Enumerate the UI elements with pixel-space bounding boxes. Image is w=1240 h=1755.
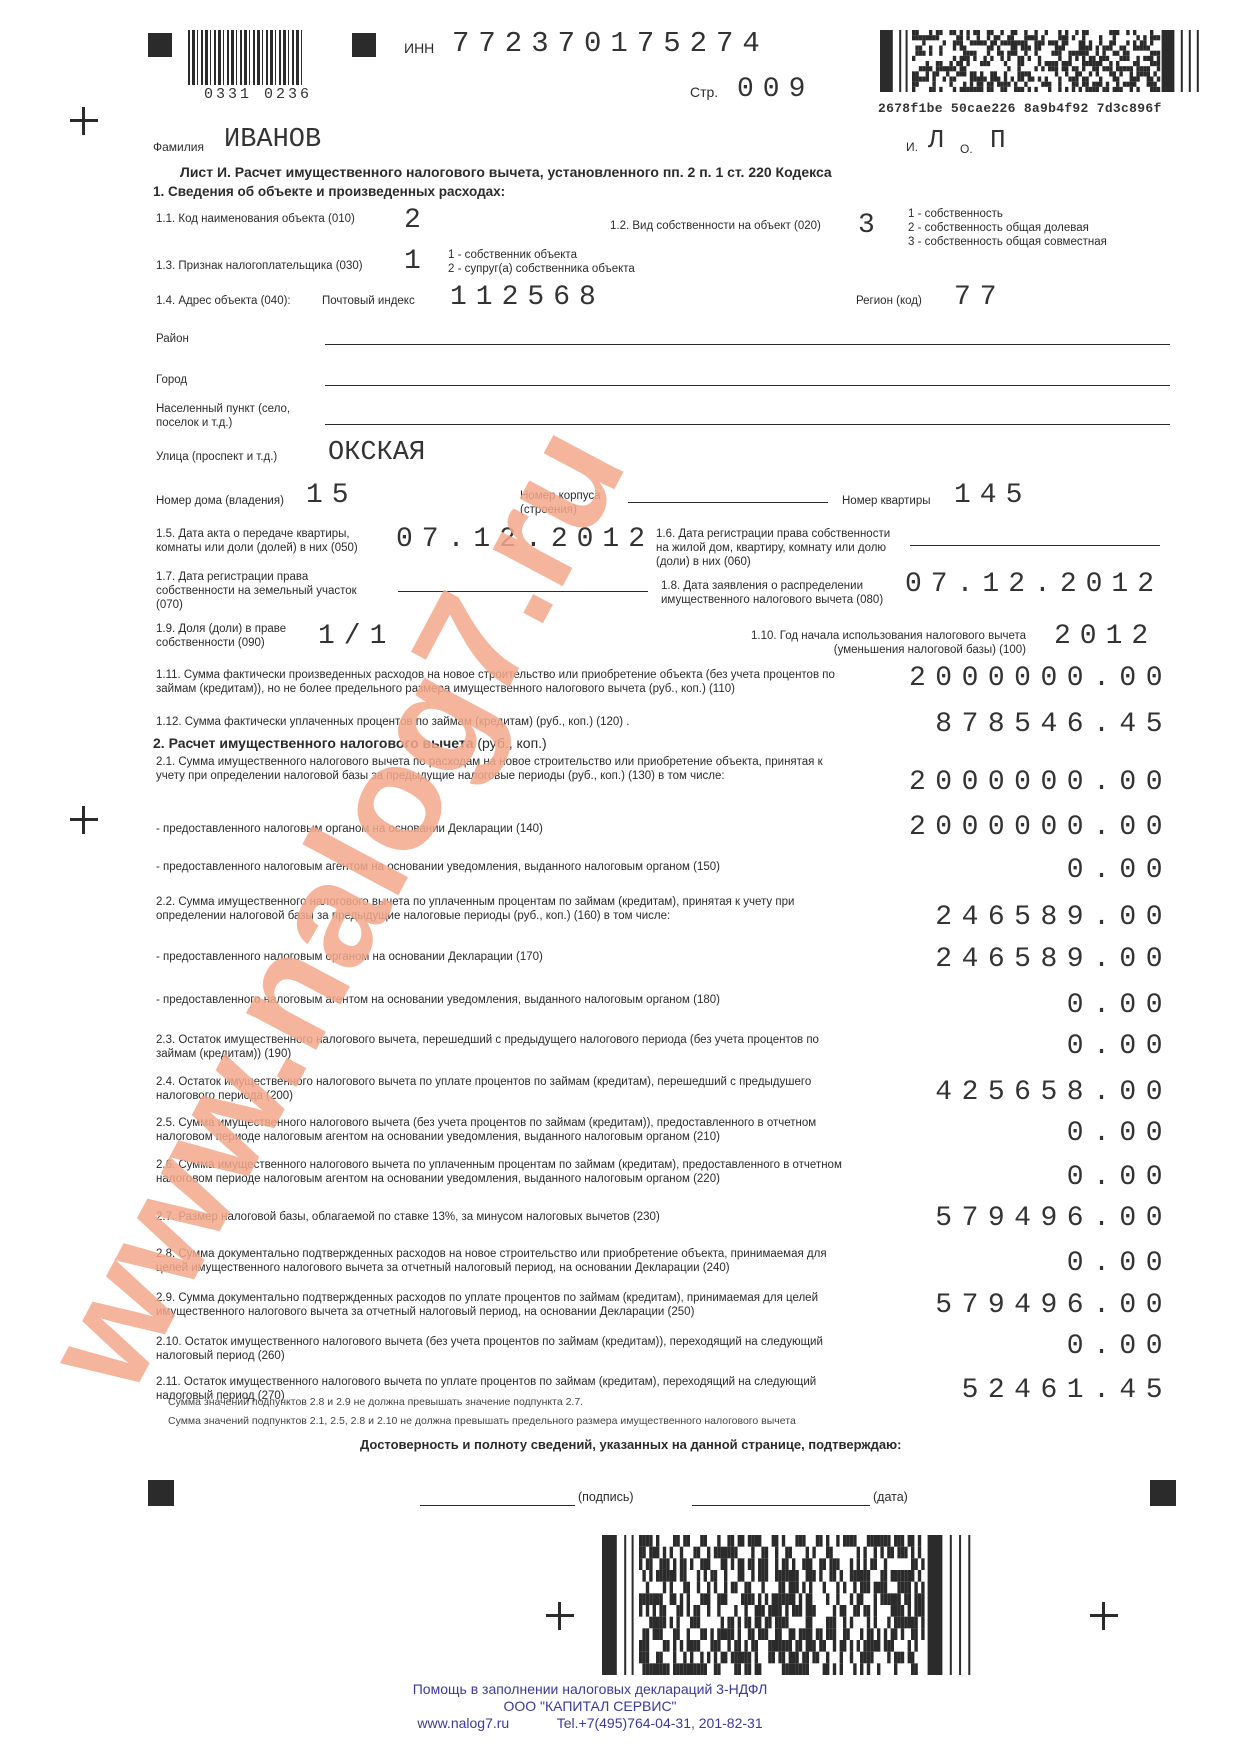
district-label: Район <box>156 332 189 346</box>
apartment-value: 145 <box>954 480 1031 511</box>
section2-row-label: 2.1. Сумма имущественного налогового выч… <box>156 755 836 783</box>
initial-i-value: Л <box>928 125 944 155</box>
section2-row-label: - предоставленного налоговым агентом на … <box>156 860 846 874</box>
ownership-options: 1 - собственность 2 - собственность обща… <box>908 207 1107 249</box>
section2-title-units: (руб., коп.) <box>477 735 546 751</box>
section2-row-label: 2.3. Остаток имущественного налогового в… <box>156 1033 846 1061</box>
section2-row-value: 2000000.00 <box>909 812 1172 843</box>
address-label: 1.4. Адрес объекта (040): <box>156 294 291 308</box>
crosshair-mark <box>546 1602 574 1630</box>
street-label: Улица (проспект и т.д.) <box>156 450 277 464</box>
section2-row-label: 2.9. Сумма документально подтвержденных … <box>156 1291 846 1319</box>
section2-row-value: 246589.00 <box>935 902 1172 933</box>
section1-title: 1. Сведения об объекте и произведенных р… <box>153 184 505 199</box>
linear-barcode <box>188 30 304 85</box>
footer-line-1: Помощь в заполнении налоговых деклараций… <box>0 1681 1180 1698</box>
section2-row-value: 0.00 <box>1067 1331 1172 1362</box>
initial-i-label: И. <box>906 140 918 154</box>
section2-row-label: - предоставленного налоговым органом на … <box>156 822 846 836</box>
initial-o-label: О. <box>960 142 973 156</box>
crosshair-mark <box>70 806 98 834</box>
section2-row-label: 2.6. Сумма имущественного налогового выч… <box>156 1158 846 1186</box>
field-060-input[interactable] <box>910 545 1160 546</box>
field-090-label: 1.9. Доля (доли) в праве собственности (… <box>156 622 296 650</box>
signature-label: (подпись) <box>578 1490 634 1504</box>
district-field[interactable] <box>325 344 1170 345</box>
section2-row-value: 0.00 <box>1067 1118 1172 1149</box>
taxpayer-option-1: 1 - собственник объекта <box>448 248 635 262</box>
ownership-option-2: 2 - собственность общая долевая <box>908 221 1107 235</box>
field-050-label: 1.5. Дата акта о передаче квартиры, комн… <box>156 527 376 555</box>
section2-row-label: 2.8. Сумма документально подтвержденных … <box>156 1247 846 1275</box>
registration-mark <box>148 33 172 57</box>
field-120-label: 1.12. Сумма фактически уплаченных процен… <box>156 715 630 729</box>
section2-row-label: 2.5. Сумма имущественного налогового выч… <box>156 1116 846 1144</box>
city-label: Город <box>156 373 187 387</box>
footer-site-link[interactable]: www.nalog7.ru <box>417 1715 509 1731</box>
page-number: 009 <box>737 74 814 105</box>
inn-value: 772370175274 <box>452 27 769 60</box>
section2-row-value: 0.00 <box>1067 990 1172 1021</box>
section2-row-value: 0.00 <box>1067 1248 1172 1279</box>
field-020-value: 3 <box>858 210 875 241</box>
city-field[interactable] <box>325 385 1170 386</box>
section2-row-label: 2.4. Остаток имущественного налогового в… <box>156 1075 846 1103</box>
field-120-value: 878546.45 <box>935 709 1172 740</box>
taxpayer-option-2: 2 - супруг(а) собственника объекта <box>448 262 635 276</box>
postal-code-label: Почтовый индекс <box>322 294 415 308</box>
locality-label: Населенный пункт (село, поселок и т.д.) <box>156 402 306 430</box>
surname-value: ИВАНОВ <box>224 125 321 155</box>
confirmation-text: Достоверность и полноту сведений, указан… <box>360 1437 902 1452</box>
barcode-number: 0331 0236 <box>204 86 312 103</box>
crosshair-mark <box>1090 1602 1118 1630</box>
field-110-label: 1.11. Сумма фактически произведенных рас… <box>156 668 836 696</box>
signature-field[interactable] <box>420 1505 575 1506</box>
section2-row-label: - предоставленного налоговым органом на … <box>156 950 846 964</box>
section2-row-value: 579496.00 <box>935 1290 1172 1321</box>
section2-row-label: 2.2. Сумма имущественного налогового выч… <box>156 895 836 923</box>
field-060-label: 1.6. Дата регистрации права собственност… <box>656 527 896 569</box>
pdf417-barcode-bottom <box>602 1535 972 1675</box>
note-2: Сумма значений подпунктов 2.1, 2.5, 2.8 … <box>168 1415 796 1427</box>
page-label: Стр. <box>690 84 718 100</box>
registration-mark <box>148 1480 174 1506</box>
crosshair-mark <box>70 107 98 135</box>
section2-row-value: 0.00 <box>1067 1162 1172 1193</box>
section2-row-value: 425658.00 <box>935 1077 1172 1108</box>
section2-row-value: 0.00 <box>1067 855 1172 886</box>
inn-label: ИНН <box>404 40 434 56</box>
street-value: ОКСКАЯ <box>328 438 425 468</box>
note-1: Сумма значений подпунктов 2.8 и 2.9 не д… <box>168 1396 583 1408</box>
region-label: Регион (код) <box>856 294 922 308</box>
field-100-value: 2012 <box>1054 621 1157 652</box>
field-020-label: 1.2. Вид собственности на объект (020) <box>610 219 821 233</box>
house-label: Номер дома (владения) <box>156 494 284 508</box>
section2-row-label: 2.10. Остаток имущественного налогового … <box>156 1335 846 1363</box>
section2-title-text: 2. Расчет имущественного налогового выче… <box>153 735 473 751</box>
date-field[interactable] <box>692 1505 870 1506</box>
section2-row-value: 579496.00 <box>935 1203 1172 1234</box>
section2-row-label: - предоставленного налоговым агентом на … <box>156 993 846 1007</box>
sheet-title: Лист И. Расчет имущественного налогового… <box>180 164 832 180</box>
footer-contacts: www.nalog7.ru Tel.+7(495)764-04-31, 201-… <box>0 1715 1180 1732</box>
section2-row-value: 2000000.00 <box>909 767 1172 798</box>
house-value: 15 <box>306 480 358 511</box>
field-080-label: 1.8. Дата заявления о распределении имущ… <box>661 579 901 607</box>
building-label: Номер корпуса (строения) <box>520 489 610 517</box>
field-110-value: 2000000.00 <box>909 663 1172 694</box>
footer-line-2: ООО "КАПИТАЛ СЕРВИС" <box>0 1698 1180 1715</box>
section2-title: 2. Расчет имущественного налогового выче… <box>153 735 547 751</box>
building-field[interactable] <box>628 502 828 503</box>
section2-row-label: 2.7. Размер налоговой базы, облагаемой п… <box>156 1210 846 1224</box>
region-value: 77 <box>954 282 1006 313</box>
hash-code: 2678f1be 50cae226 8a9b4f92 7d3c896f <box>878 101 1162 116</box>
section2-row-value: 52461.45 <box>962 1375 1172 1406</box>
pdf417-barcode-top <box>880 30 1200 92</box>
field-100-label: 1.10. Год начала использования налоговог… <box>716 629 1026 657</box>
field-070-input[interactable] <box>398 591 648 592</box>
taxpayer-options: 1 - собственник объекта 2 - супруг(а) со… <box>448 248 635 276</box>
apartment-label: Номер квартиры <box>842 494 931 508</box>
field-080-value: 07.12.2012 <box>905 569 1163 600</box>
field-070-label: 1.7. Дата регистрации права собственност… <box>156 570 376 612</box>
date-label: (дата) <box>873 1490 908 1504</box>
section2-row-value: 246589.00 <box>935 944 1172 975</box>
ownership-option-1: 1 - собственность <box>908 207 1107 221</box>
field-030-label: 1.3. Признак налогоплательщика (030) <box>156 259 363 273</box>
field-090-value: 1/1 <box>318 621 395 652</box>
registration-mark <box>352 33 376 57</box>
surname-label: Фамилия <box>153 140 204 154</box>
footer-phone: Tel.+7(495)764-04-31, 201-82-31 <box>557 1715 763 1731</box>
section2-row-value: 0.00 <box>1067 1031 1172 1062</box>
field-050-value: 07.12.2012 <box>396 524 654 555</box>
ownership-option-3: 3 - собственность общая совместная <box>908 235 1107 249</box>
postal-code-value: 112568 <box>450 282 605 313</box>
locality-field[interactable] <box>325 424 1170 425</box>
initial-o-value: П <box>990 125 1006 155</box>
field-010-value: 2 <box>404 205 421 236</box>
registration-mark <box>1150 1480 1176 1506</box>
field-010-label: 1.1. Код наименования объекта (010) <box>156 212 355 226</box>
field-030-value: 1 <box>404 246 421 277</box>
